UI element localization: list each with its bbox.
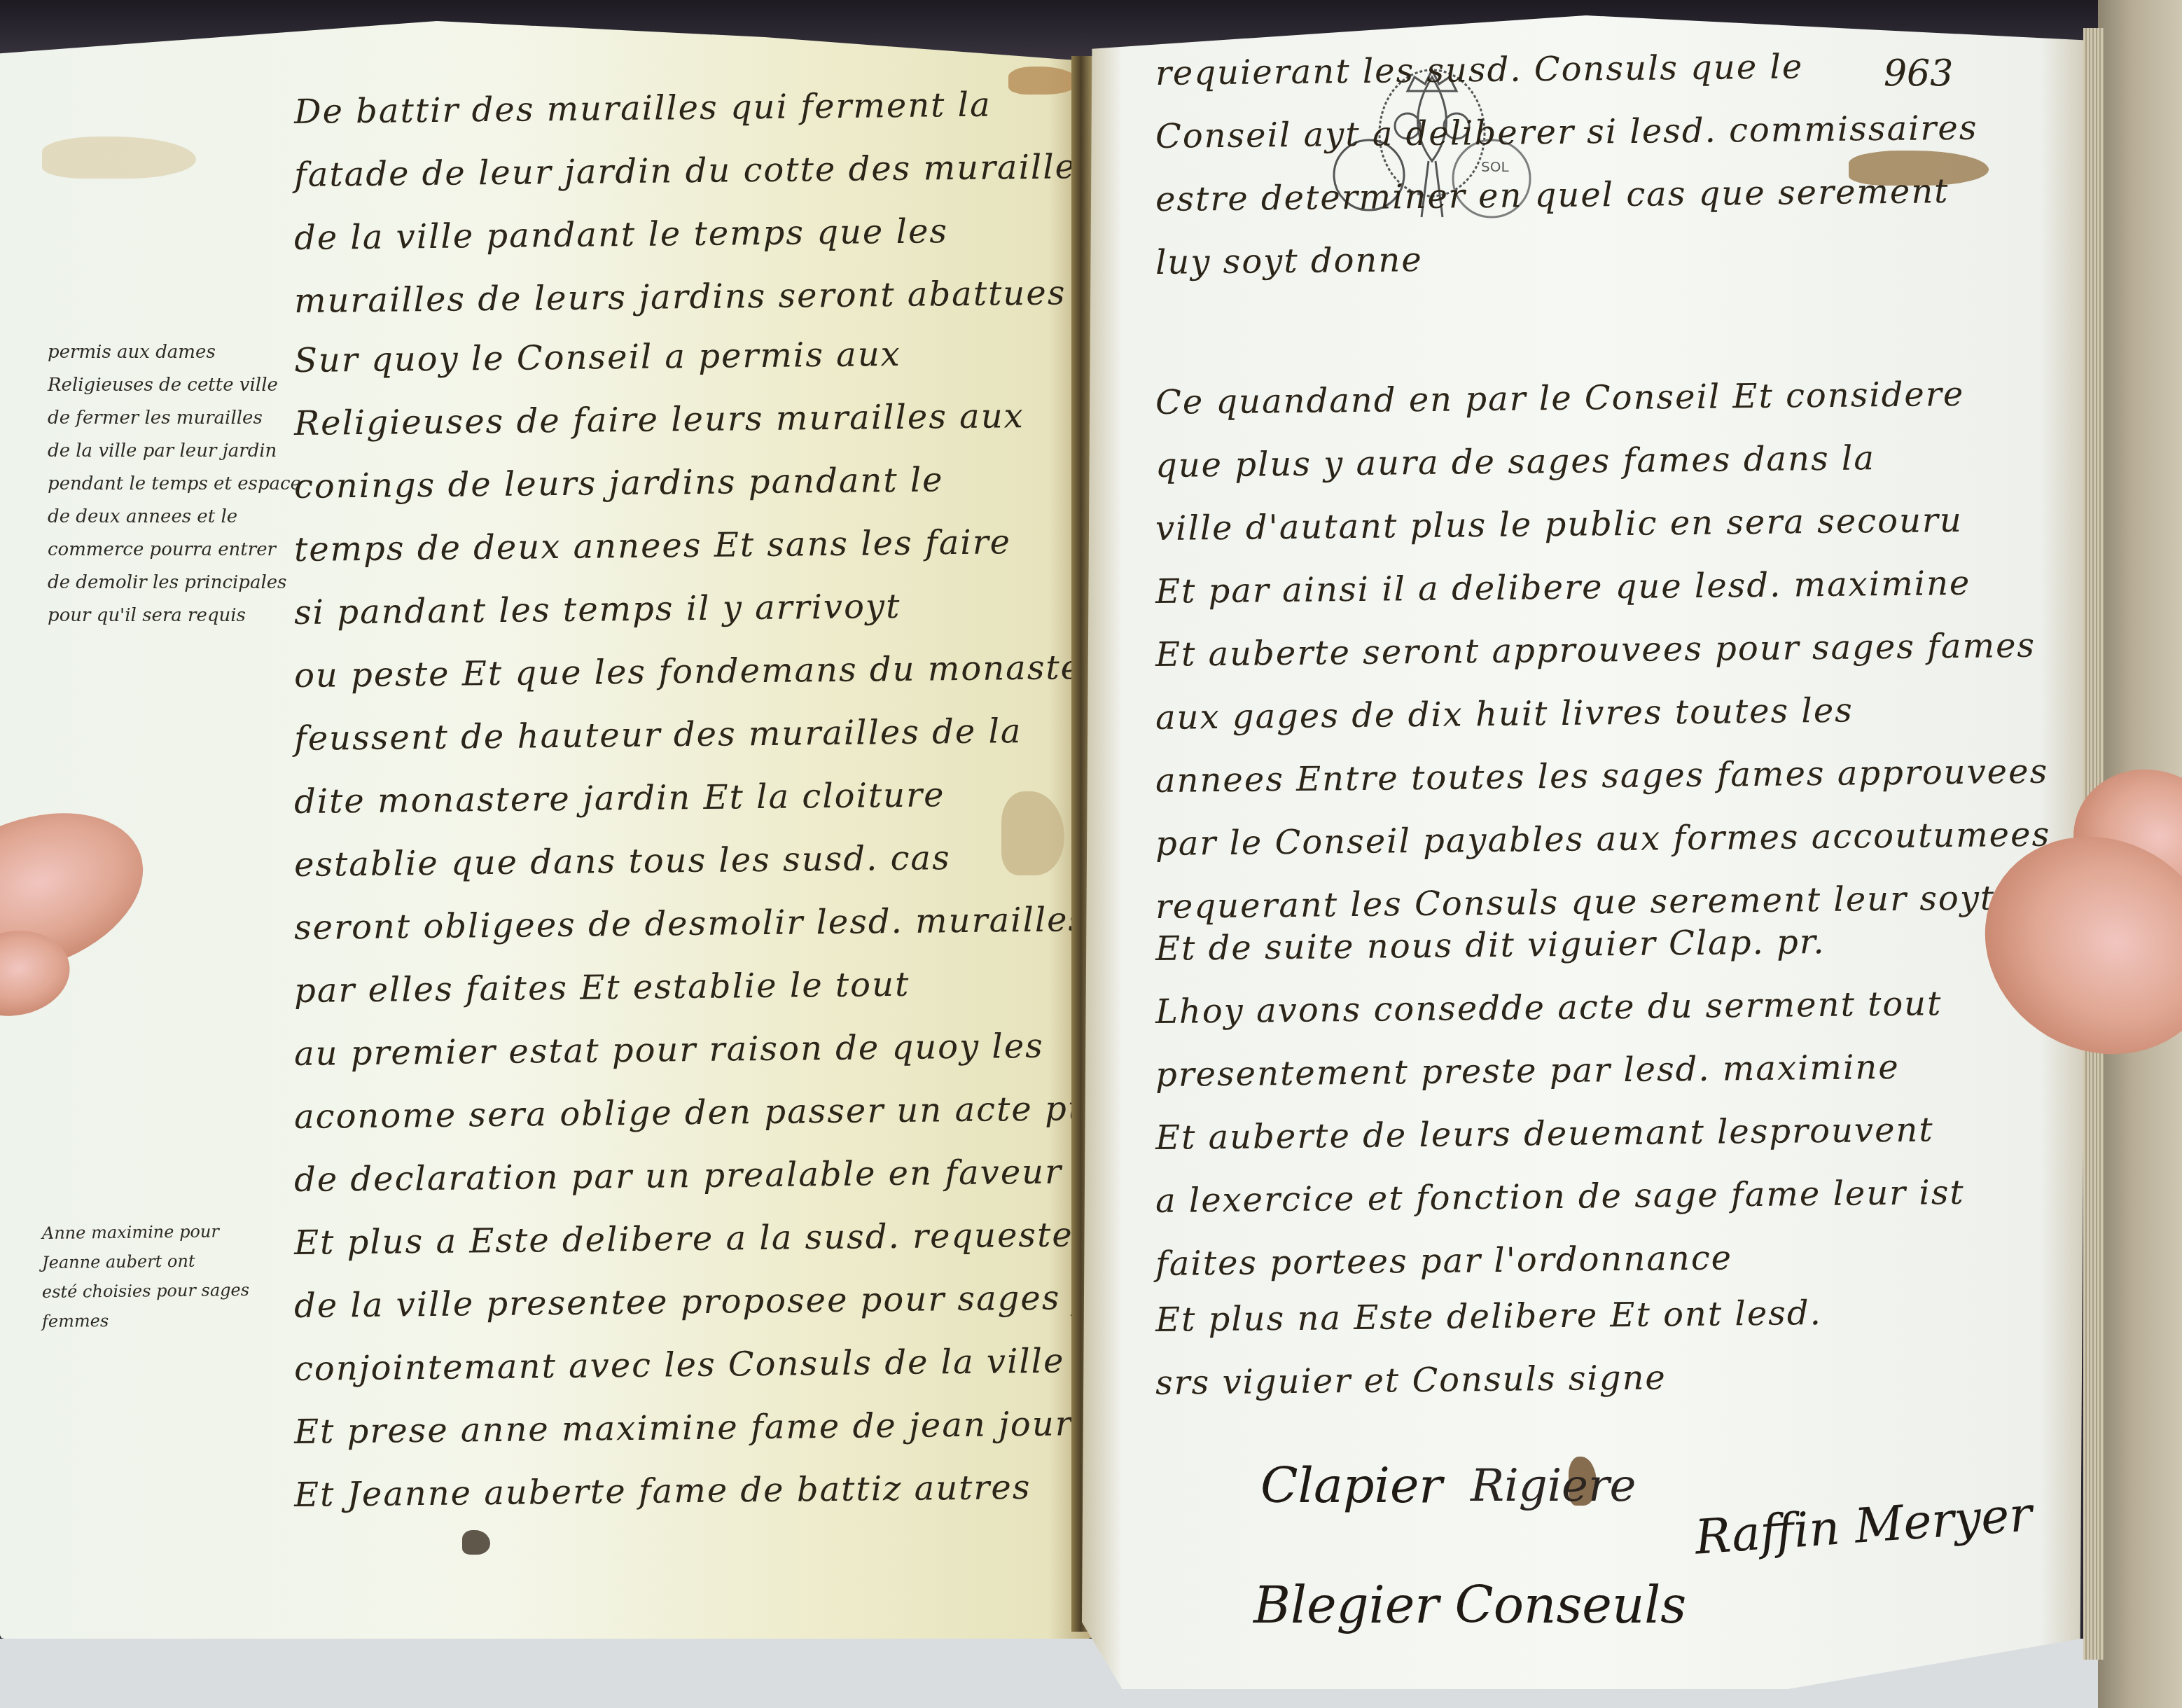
text-line: par le Conseil payables aux formes accou… (1155, 803, 2051, 875)
text-line: ou peste Et que les fondemans du monaste… (294, 635, 1165, 707)
margin-notes-midwives: Anne maximine pour Jeanne aubert ont est… (42, 1218, 249, 1336)
text-line: annees Entre toutes les sages fames appr… (1155, 740, 2051, 812)
text-line: Et auberte seront approuvees pour sages … (1155, 614, 2051, 686)
margin-line: esté choisies pour sages (42, 1275, 249, 1307)
text-line: seront obligees de desmolir lesd. murail… (294, 887, 1165, 959)
text-line: presentement preste par lesd. maximine (1155, 1035, 1966, 1106)
margin-line: pendant le temps et espace (48, 468, 301, 501)
text-line: De battir des murailles qui ferment la (294, 72, 1096, 144)
signature: Blegier Conseuls (1253, 1576, 1686, 1634)
left-page-body: Sur quoy le Conseil a permis aux Religie… (294, 329, 1165, 1211)
margin-line: pour qu'il sera requis (48, 599, 301, 632)
text-line: estre determiner en quel cas que seremen… (1155, 160, 1978, 231)
margin-line: Jeanne aubert ont (42, 1246, 249, 1277)
text-line: Conseil ayt a deliberer si lesd. commiss… (1155, 97, 1978, 168)
margin-line: de fermer les murailles (48, 402, 301, 435)
text-line: aconome sera oblige den passer un acte p… (294, 1076, 1165, 1148)
right-page-header: requierant les susd. Consuls que le Cons… (1155, 42, 1978, 294)
text-line: au premier estat pour raison de quoy les (294, 1013, 1165, 1085)
right-page-deliberation: Ce quandand en par le Conseil Et conside… (1155, 371, 2050, 938)
text-line: conings de leurs jardins pandant le (294, 446, 1165, 518)
text-line: si pandant les temps il y arrivoyt (294, 572, 1165, 644)
margin-line: permis aux dames (48, 336, 301, 369)
text-line: Et auberte de leurs deuemant lesprouvent (1155, 1098, 1966, 1169)
text-line: Lhoy avons consedde acte du serment tout (1155, 972, 1966, 1043)
text-line: a lexercice et fonction de sage fame leu… (1155, 1161, 1966, 1233)
margin-line: Religieuses de cette ville (48, 369, 301, 402)
margin-line: de demolir les principales (48, 567, 301, 599)
margin-line: de deux annees et le (48, 501, 301, 534)
left-page-header: De battir des murailles qui ferment la f… (294, 81, 1095, 333)
margin-line: commerce pourra entrer (48, 534, 301, 567)
margin-line: femmes (42, 1305, 249, 1336)
text-line: Religieuses de faire leurs murailles aux (294, 383, 1165, 455)
text-line: Et par ainsi il a delibere que lesd. max… (1155, 551, 2051, 623)
text-line: temps de deux annees Et sans les faire (294, 509, 1165, 581)
text-line: fatade de leur jardin du cotte des murai… (294, 135, 1096, 207)
text-line: srs viguier et Consuls signe (1155, 1345, 1823, 1415)
text-line: Et plus na Este delibere Et ont lesd. (1155, 1282, 1823, 1352)
signature: Clapier (1260, 1457, 1443, 1514)
signature: Rigiere (1471, 1460, 1636, 1512)
margin-line: Anne maximine pour (42, 1216, 249, 1248)
text-line: Et de suite nous dit viguier Clap. pr. (1155, 909, 1966, 980)
text-line: feussent de hauteur des murailles de la (294, 698, 1165, 770)
text-line: par elles faites Et establie le tout (294, 950, 1165, 1022)
right-page-closing: Et plus na Este delibere Et ont lesd. sr… (1155, 1289, 1822, 1415)
ink-blot (462, 1530, 490, 1555)
text-line: aux gages de dix huit livres toutes les (1155, 677, 2051, 749)
manuscript-photo: De battir des murailles qui ferment la f… (0, 0, 2182, 1708)
margin-line: de la ville par leur jardin (48, 435, 301, 468)
text-line: de la ville pandant le temps que les (294, 198, 1096, 270)
text-line: de declaration par un prealable en faveu… (294, 1139, 1165, 1211)
margin-notes-permission: permis aux dames Religieuses de cette vi… (48, 336, 301, 632)
text-line: Sur quoy le Conseil a permis aux (294, 320, 1165, 392)
text-line: Ce quandand en par le Conseil Et conside… (1155, 362, 2051, 434)
text-line: ville d'autant plus le public en sera se… (1155, 488, 2051, 560)
text-line: que plus y aura de sages fames dans la (1155, 425, 2051, 497)
text-line: requierant les susd. Consuls que le (1155, 34, 1978, 105)
text-line: luy soyt donne (1155, 223, 1978, 294)
right-page-oath-entry: Et de suite nous dit viguier Clap. pr. L… (1155, 917, 1965, 1296)
